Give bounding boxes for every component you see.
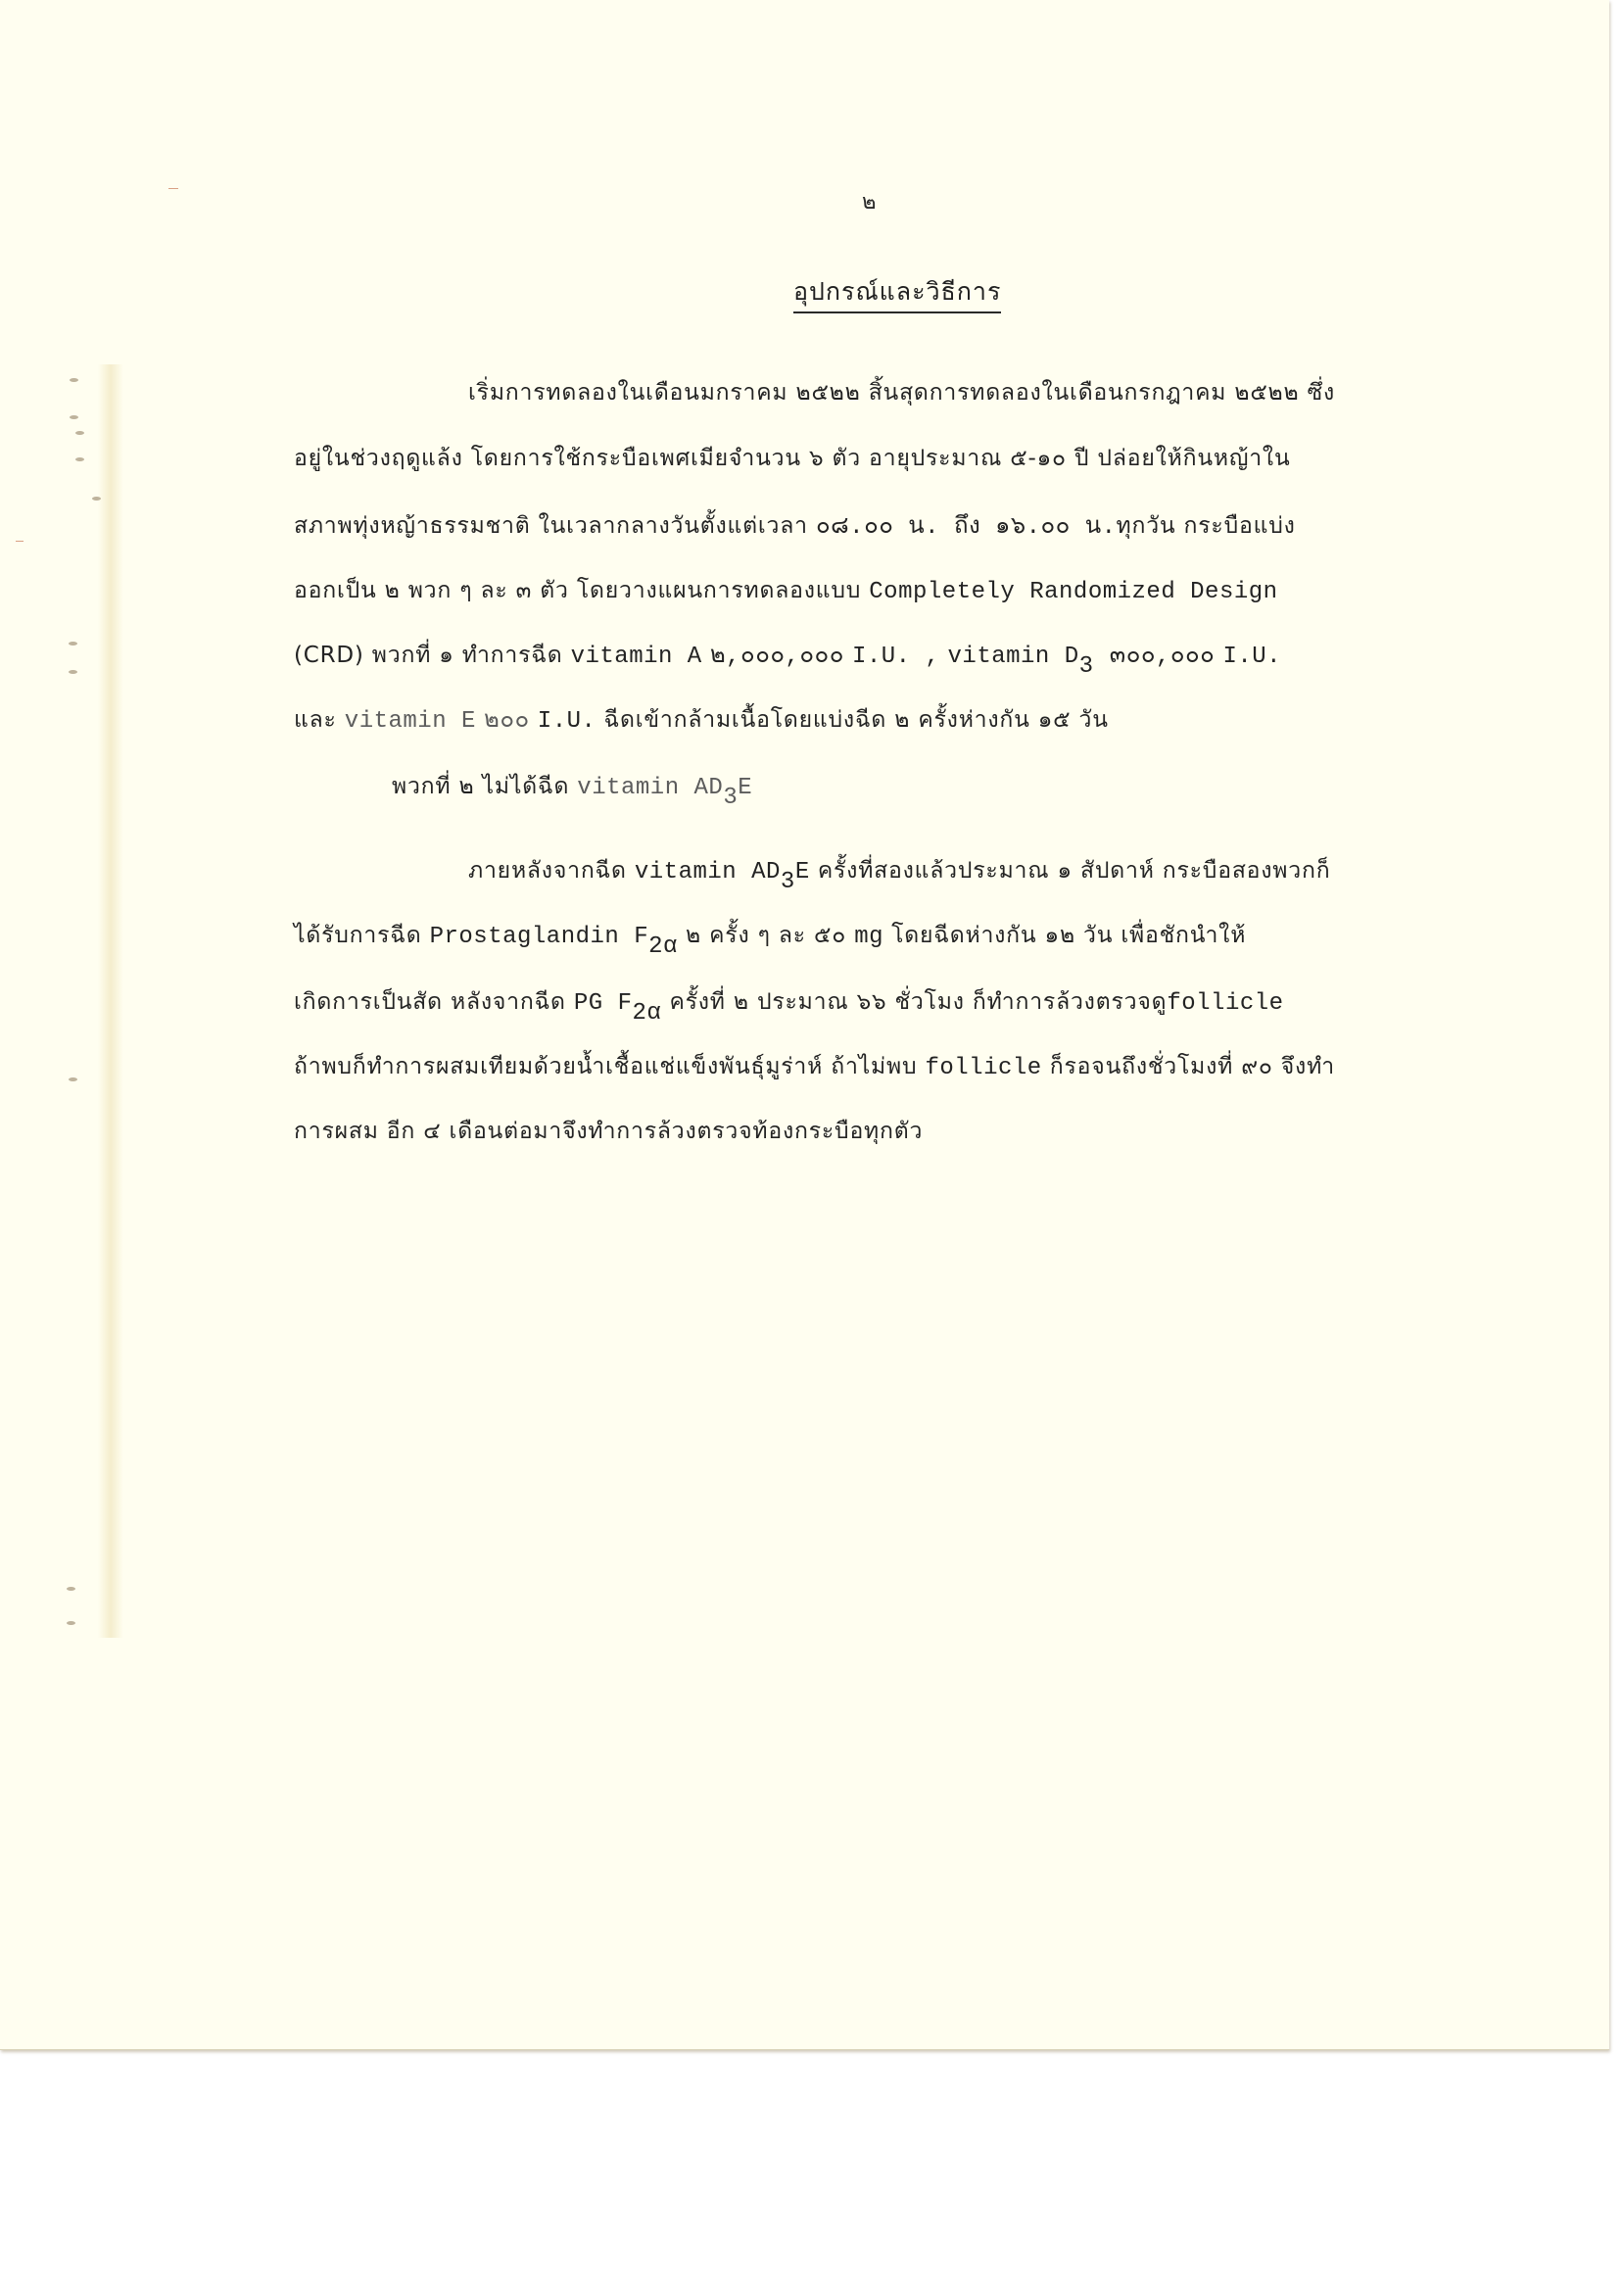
binding-hole-mark xyxy=(67,1587,75,1591)
text-segment: ครั้งที่สองแล้วประมาณ ๑ สัปดาห์ กระบือสอ… xyxy=(810,858,1331,884)
text-segment: ๒ ครั้ง ๆ ละ ๕๐ xyxy=(678,923,854,948)
vitamin-e-dose: ๒๐๐ xyxy=(484,708,530,735)
iu-unit: I.U. , xyxy=(852,644,939,670)
text-segment: ถ้าพบก็ทำการผสมเทียมด้วยน้ำเชื้อแช่แข็งพ… xyxy=(294,1054,925,1079)
binding-hole-mark xyxy=(70,378,78,382)
subscript: 3 xyxy=(1079,653,1094,680)
binding-hole-mark xyxy=(75,457,84,461)
paragraph-1-line-5: (CRD) พวกที่ ๑ ทำการฉีด vitamin A ๒,๐๐๐,… xyxy=(294,639,1281,674)
paragraph-3-line-1: ภายหลังจากฉีด vitamin AD3E ครั้งที่สองแล… xyxy=(468,854,1330,889)
text-segment: (CRD) พวกที่ ๑ ทำการฉีด xyxy=(294,643,571,668)
scanned-paper-page: ๒ อุปกรณ์และวิธีการ เริ่มการทดลองในเดือน… xyxy=(0,0,1609,2050)
text-segment: ภายหลังจากฉีด xyxy=(468,858,635,884)
vitamin-suffix: E xyxy=(795,859,810,885)
follicle-term: follicle xyxy=(1167,990,1283,1017)
pg-label: PG F xyxy=(574,990,633,1017)
vitamin-d-label: vitamin D xyxy=(948,644,1079,670)
paragraph-1-line-6: และ vitamin E ๒๐๐ I.U. ฉีดเข้ากล้ามเนื้อ… xyxy=(294,703,1109,739)
iu-unit: I.U. xyxy=(538,708,596,735)
binding-hole-mark xyxy=(69,670,77,674)
subscript: 3 xyxy=(723,785,738,811)
binding-hole-mark xyxy=(75,431,84,435)
text-segment: ทุกวัน กระบือแบ่ง xyxy=(1117,513,1296,539)
text-segment: โดยฉีดห่างกัน ๑๒ วัน เพื่อชักนำให้ xyxy=(883,923,1246,948)
vitamin-d-dose: ๓๐๐,๐๐๐ xyxy=(1110,644,1216,670)
prostaglandin-label: Prostaglandin F xyxy=(430,924,649,950)
subscript: 2α xyxy=(648,933,678,960)
margin-mark xyxy=(16,541,24,542)
page-number: ๒ xyxy=(862,184,877,218)
paragraph-3-line-4: ถ้าพบก็ทำการผสมเทียมด้วยน้ำเชื้อแช่แข็งพ… xyxy=(294,1050,1335,1085)
paragraph-3-line-5: การผสม อีก ๔ เดือนต่อมาจึงทำการล้วงตรวจท… xyxy=(294,1115,923,1148)
vitamin-ad3e-label: vitamin AD xyxy=(635,859,781,885)
paragraph-1-line-2: อยู่ในช่วงฤดูแล้ง โดยการใช้กระบือเพศเมีย… xyxy=(294,442,1290,475)
scan-shadow-band xyxy=(98,364,123,1638)
vitamin-e-label: vitamin E xyxy=(345,708,476,735)
vitamin-ad3e-label: vitamin AD xyxy=(577,775,723,801)
paragraph-1-line-1: เริ่มการทดลองในเดือนมกราคม ๒๕๒๒ สิ้นสุดก… xyxy=(468,376,1335,409)
unit-mg: mg xyxy=(854,924,883,950)
vitamin-a-label: vitamin A xyxy=(571,644,702,670)
paragraph-3-line-3: เกิดการเป็นสัด หลังจากฉีด PG F2α ครั้งที… xyxy=(294,985,1284,1021)
binding-hole-mark xyxy=(92,497,101,501)
paragraph-1-line-3: สภาพทุ่งหญ้าธรรมชาติ ในเวลากลางวันตั้งแต… xyxy=(294,509,1296,545)
binding-hole-mark xyxy=(67,1621,75,1625)
subscript: 3 xyxy=(781,869,795,895)
text-segment: ออกเป็น ๒ พวก ๆ ละ ๓ ตัว โดยวางแผนการทดล… xyxy=(294,578,869,603)
text-segment: และ xyxy=(294,707,345,733)
text-segment: ได้รับการฉีด xyxy=(294,923,430,948)
text-segment: ครั้งที่ ๒ ประมาณ ๖๖ ชั่วโมง ก็ทำการล้วง… xyxy=(661,989,1167,1015)
vitamin-a-dose: ๒,๐๐๐,๐๐๐ xyxy=(710,644,844,670)
vitamin-suffix: E xyxy=(738,775,752,801)
subscript: 2α xyxy=(633,1000,662,1027)
binding-hole-mark xyxy=(70,415,78,419)
paragraph-1-line-4: ออกเป็น ๒ พวก ๆ ละ ๓ ตัว โดยวางแผนการทดล… xyxy=(294,574,1278,609)
text-segment: สภาพทุ่งหญ้าธรรมชาติ ในเวลากลางวันตั้งแต… xyxy=(294,513,816,539)
section-title: อุปกรณ์และวิธีการ xyxy=(793,276,1001,313)
margin-mark xyxy=(168,188,178,189)
iu-unit: I.U. xyxy=(1222,644,1281,670)
paragraph-3-line-2: ได้รับการฉีด Prostaglandin F2α ๒ ครั้ง ๆ… xyxy=(294,919,1246,954)
text-segment: พวกที่ ๒ ไม่ได้ฉีด xyxy=(392,774,577,799)
text-segment: เกิดการเป็นสัด หลังจากฉีด xyxy=(294,989,574,1015)
paragraph-2-line-1: พวกที่ ๒ ไม่ได้ฉีด vitamin AD3E xyxy=(392,770,752,805)
experimental-design: Completely Randomized Design xyxy=(869,579,1277,605)
time-range: ๐๘.๐๐ น. ถึง ๑๖.๐๐ น. xyxy=(816,514,1117,541)
follicle-term: follicle xyxy=(925,1055,1041,1081)
text-segment: ฉีดเข้ากล้ามเนื้อโดยแบ่งฉีด ๒ ครั้งห่างก… xyxy=(604,707,1109,733)
binding-hole-mark xyxy=(69,1077,77,1081)
binding-hole-mark xyxy=(69,642,77,646)
text-segment: ก็รอจนถึงชั่วโมงที่ ๙๐ จึงทำ xyxy=(1042,1054,1335,1079)
